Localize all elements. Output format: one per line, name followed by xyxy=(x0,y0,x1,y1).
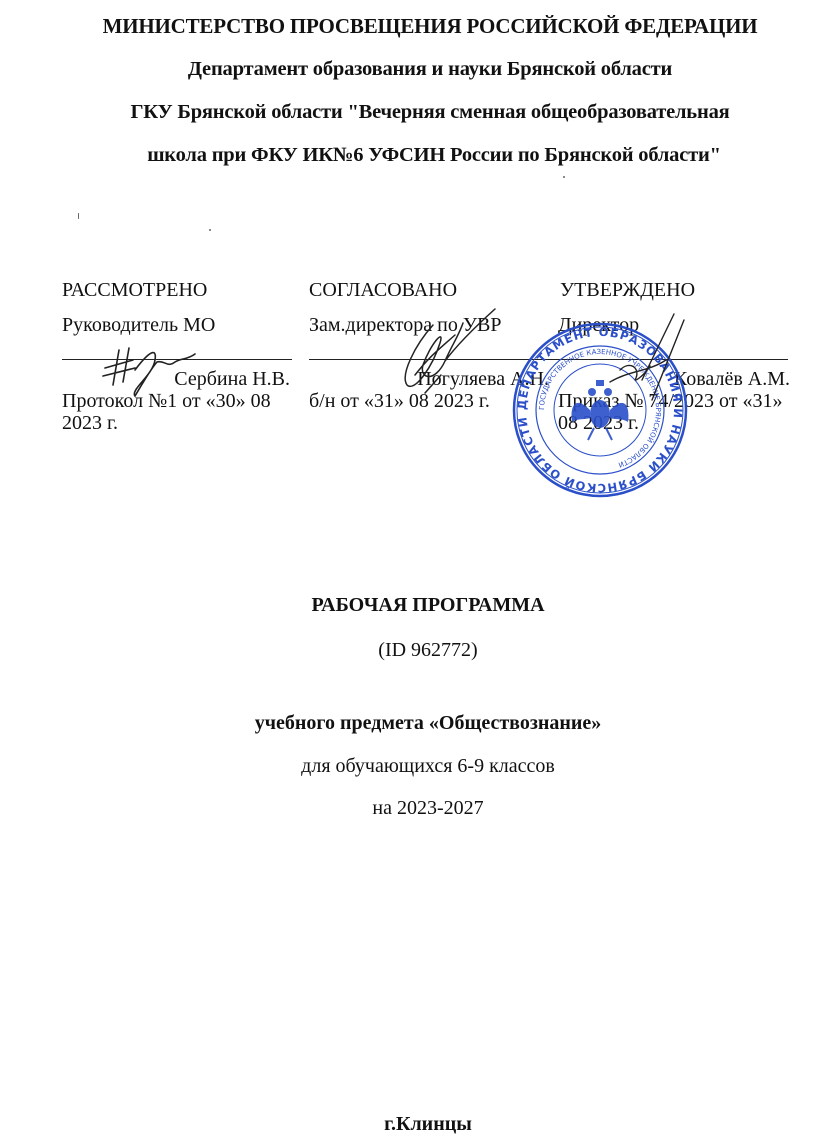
ministry-heading: МИНИСТЕРСТВО ПРОСВЕЩЕНИЯ РОССИЙСКОЙ ФЕДЕ… xyxy=(0,14,816,39)
signature-line xyxy=(309,359,563,360)
program-id: (ID 962772) xyxy=(0,639,816,662)
scan-speck xyxy=(78,213,79,219)
scan-speck xyxy=(209,229,211,231)
approval-name: Ковалёв А.М. xyxy=(558,368,790,390)
approval-title: РАССМОТРЕНО xyxy=(62,278,290,302)
program-audience: для обучающихся 6-9 классов xyxy=(0,755,816,778)
scan-speck xyxy=(563,176,565,178)
approval-doc-line2: 2023 г. xyxy=(62,412,290,434)
approval-block-approved: УТВЕРЖДЕНО Директор Ковалёв А.М. Приказ … xyxy=(558,278,790,434)
approval-role: Руководитель МО xyxy=(62,313,290,337)
approval-title: УТВЕРЖДЕНО xyxy=(558,278,790,302)
department-heading: Департамент образования и науки Брянской… xyxy=(0,58,816,81)
city-footer: г.Клинцы xyxy=(0,1113,816,1136)
approval-role: Зам.директора по УВР xyxy=(309,313,549,337)
signature-line xyxy=(550,359,788,360)
approval-title: СОГЛАСОВАНО xyxy=(309,278,549,302)
approval-block-reviewed: РАССМОТРЕНО Руководитель МО Сербина Н.В.… xyxy=(62,278,290,434)
approval-doc-line1: б/н от «31» 08 2023 г. xyxy=(309,390,549,412)
program-subject: учебного предмета «Обществознание» xyxy=(0,712,816,735)
program-years: на 2023-2027 xyxy=(0,797,816,820)
approval-doc-line1: Приказ № 74/2023 от «31» xyxy=(558,390,790,412)
signature-line xyxy=(62,359,292,360)
approval-doc-line2: 08 2023 г. xyxy=(558,412,790,434)
approval-role: Директор xyxy=(558,313,790,337)
approval-doc-line1: Протокол №1 от «30» 08 xyxy=(62,390,290,412)
approval-block-agreed: СОГЛАСОВАНО Зам.директора по УВР Погуляе… xyxy=(309,278,549,412)
school-heading-line1: ГКУ Брянской области "Вечерняя сменная о… xyxy=(0,101,816,124)
school-heading-line2: школа при ФКУ ИК№6 УФСИН России по Брянс… xyxy=(0,144,816,167)
approval-name: Погуляева А.Н. xyxy=(309,368,549,390)
approval-name: Сербина Н.В. xyxy=(62,368,290,390)
program-title: РАБОЧАЯ ПРОГРАММА xyxy=(0,594,816,617)
